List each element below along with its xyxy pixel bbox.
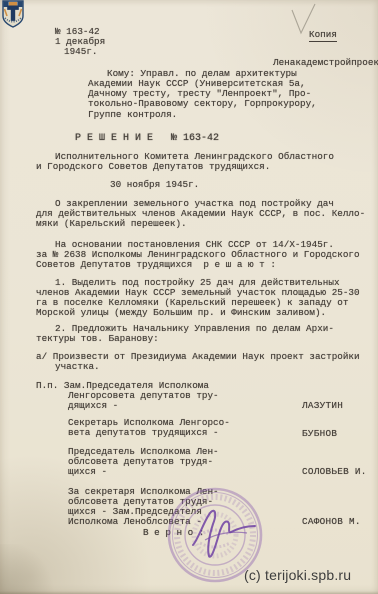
page-corner-shadow [0,544,60,594]
org-name: Ленакадемстройпроект [273,58,378,68]
document-page: № 163-42 1 декабря 1945г. Копия Ленакаде… [0,0,378,594]
signature1-role-line-3: дящихся - [68,401,118,411]
site-logo-icon [2,0,24,28]
signatory-name-bubnov: БУБНОВ [302,429,337,439]
subject-line-3: мяки (Карельский перешеек). [36,219,187,229]
item1-line-4: Морской улицы (между Большим пр. и Финск… [36,308,326,318]
handwritten-signature [185,500,265,565]
recipient-line-5: Группе контроля. [88,110,177,120]
signature3-role-line-3: щихся - [68,467,107,477]
recipient-line-4: токольно-Правовому сектору, Горпрокурору… [88,99,317,109]
ref-year: 1945г. [64,47,97,57]
copy-label: Копия [309,30,337,42]
decision-date: 30 ноября 1945г. [110,180,199,190]
signatory-name-solovyev: СОЛОВЬЕВ И. [302,467,367,477]
item2-line-2: тектуры тов. Баранову: [36,334,159,344]
signatory-name-safonov: САФОНОВ М. [302,517,361,527]
item2a-line-2: участка. [55,362,100,372]
signatory-name-lazutin: ЛАЗУТИН [302,401,343,411]
decision-title: Р Е Ш Е Н И Е № 163-42 [75,134,219,144]
watermark: (c) terijoki.spb.ru [244,567,351,583]
preamble-line-3: Советов Депутатов трудящихся р е ш а ю т… [36,260,276,270]
issuer-line-2: и Городского Советов Депутатов трудящихс… [36,162,270,172]
signature2-role-line-2: вета депутатов трудящихся - [68,428,219,438]
